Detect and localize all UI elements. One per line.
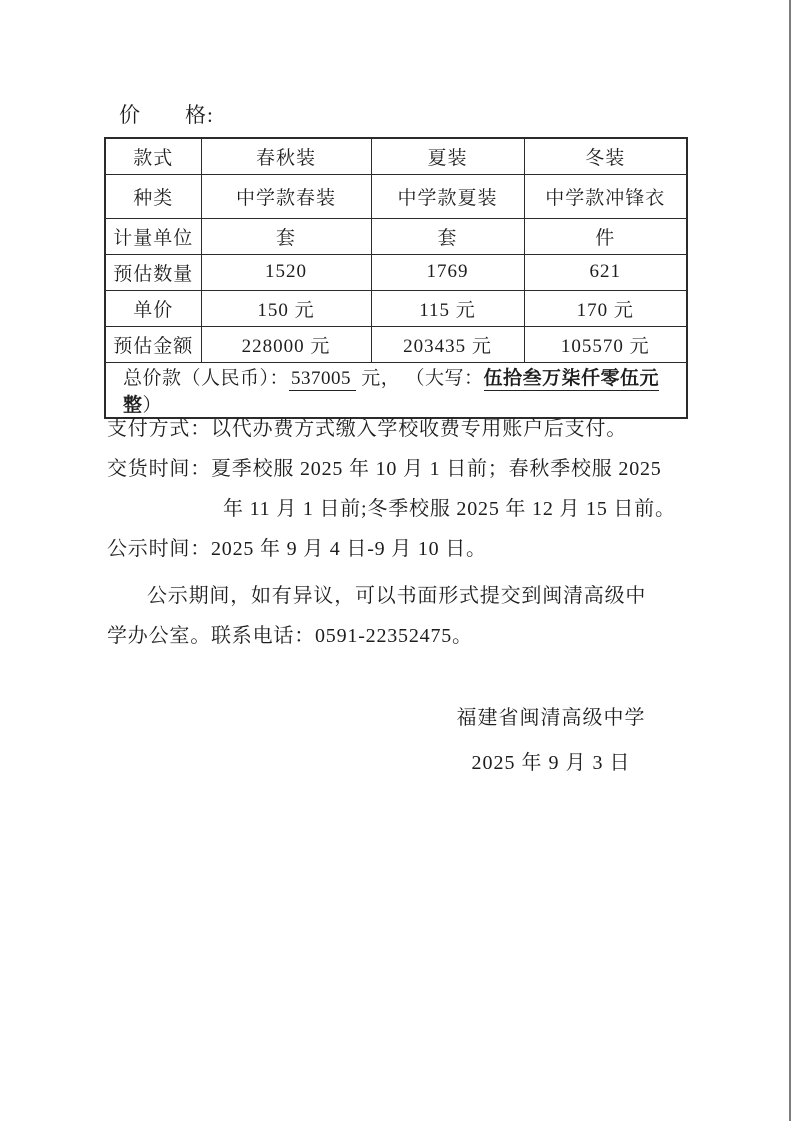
cell-value: 中学款夏装 (371, 174, 524, 218)
cell-value: 中学款冲锋衣 (524, 174, 687, 218)
document-page: 价 格: 款式 春秋装 夏装 冬装 种类 中学款春装 中学款夏装 中学款冲锋衣 … (0, 0, 793, 1121)
delivery-time-line2: 年 11 月 1 日前;冬季校服 2025 年 12 月 15 日前。 (107, 489, 713, 529)
cell-value: 1769 (371, 254, 524, 290)
cell-value: 228000 元 (201, 326, 371, 362)
signature-date: 2025 年 9 月 3 日 (420, 747, 682, 779)
row-label: 计量单位 (105, 218, 201, 254)
delivery-time-line1: 交货时间：夏季校服 2025 年 10 月 1 日前；春秋季校服 2025 (107, 449, 713, 489)
document-body: 支付方式：以代办费方式缴入学校收费专用账户后支付。 交货时间：夏季校服 2025… (107, 409, 713, 656)
table-row-unit: 计量单位 套 套 件 (105, 218, 687, 254)
row-label: 单价 (105, 290, 201, 326)
objection-line1: 公示期间，如有异议，可以书面形式提交到闽清高级中 (107, 576, 713, 616)
header-cell-style: 款式 (105, 138, 201, 174)
table-row-estimated-amount: 预估金额 228000 元 203435 元 105570 元 (105, 326, 687, 362)
total-price-middle: 元， （大写： (361, 368, 483, 389)
payment-method-line: 支付方式：以代办费方式缴入学校收费专用账户后支付。 (107, 409, 713, 449)
page-title: 价 格: (119, 99, 214, 129)
cell-value: 150 元 (201, 290, 371, 326)
cell-value: 115 元 (371, 290, 524, 326)
objection-line2: 学办公室。联系电话：0591-22352475。 (107, 616, 713, 656)
total-amount-digits: 537005 (289, 368, 356, 391)
cell-value: 105570 元 (524, 326, 687, 362)
table-row-style: 款式 春秋装 夏装 冬装 (105, 138, 687, 174)
cell-value: 203435 元 (371, 326, 524, 362)
cell-value: 件 (524, 218, 687, 254)
header-cell-summer: 夏装 (371, 138, 524, 174)
header-cell-winter: 冬装 (524, 138, 687, 174)
scan-edge-line (789, 0, 791, 1121)
table-row-category: 种类 中学款春装 中学款夏装 中学款冲锋衣 (105, 174, 687, 218)
cell-value: 中学款春装 (201, 174, 371, 218)
table-row-quantity: 预估数量 1520 1769 621 (105, 254, 687, 290)
row-label: 预估数量 (105, 254, 201, 290)
cell-value: 170 元 (524, 290, 687, 326)
cell-value: 1520 (201, 254, 371, 290)
cell-value: 套 (371, 218, 524, 254)
cell-value: 套 (201, 218, 371, 254)
header-cell-spring-autumn: 春秋装 (201, 138, 371, 174)
total-price-prefix: 总价款（人民币）： (123, 368, 289, 389)
signature-organization: 福建省闽清高级中学 (420, 702, 682, 734)
table-row-unit-price: 单价 150 元 115 元 170 元 (105, 290, 687, 326)
signature-block: 福建省闽清高级中学 2025 年 9 月 3 日 (420, 702, 682, 779)
row-label: 种类 (105, 174, 201, 218)
price-table: 款式 春秋装 夏装 冬装 种类 中学款春装 中学款夏装 中学款冲锋衣 计量单位 … (104, 137, 688, 419)
cell-value: 621 (524, 254, 687, 290)
publicity-time-line: 公示时间：2025 年 9 月 4 日-9 月 10 日。 (107, 529, 713, 569)
row-label: 预估金额 (105, 326, 201, 362)
